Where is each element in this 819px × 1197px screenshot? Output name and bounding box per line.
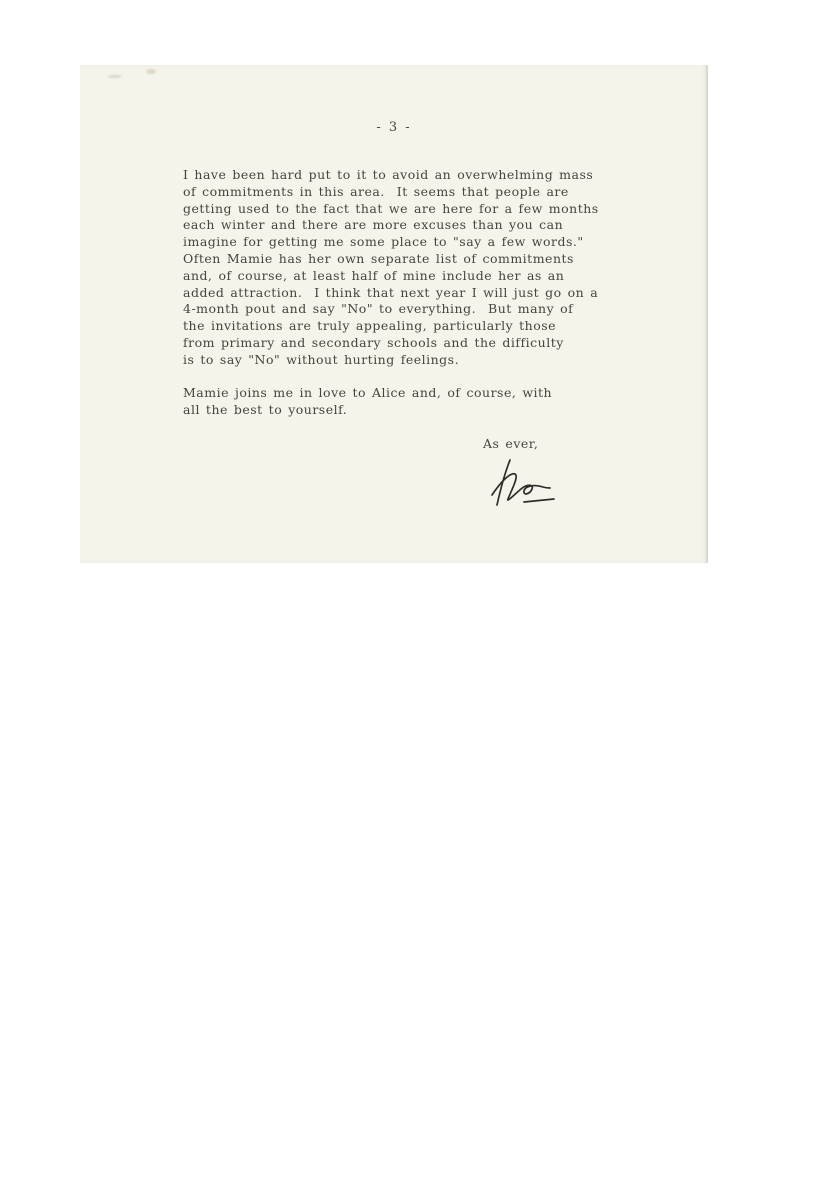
paragraph-2: Mamie joins me in love to Alice and, of … bbox=[183, 385, 663, 419]
scan-smudge bbox=[146, 69, 156, 74]
closing-salutation: As ever, bbox=[483, 436, 663, 453]
scan-smudge bbox=[108, 75, 122, 78]
letter-page: - 3 - I have been hard put to it to avoi… bbox=[80, 65, 708, 563]
handwritten-signature bbox=[488, 457, 572, 509]
scan-background: - 3 - I have been hard put to it to avoi… bbox=[0, 0, 819, 1197]
paper-edge-shadow bbox=[706, 65, 708, 563]
paragraph-1: I have been hard put to it to avoid an o… bbox=[183, 167, 663, 369]
page-number: - 3 - bbox=[80, 120, 708, 135]
letter-body: I have been hard put to it to avoid an o… bbox=[183, 167, 663, 453]
